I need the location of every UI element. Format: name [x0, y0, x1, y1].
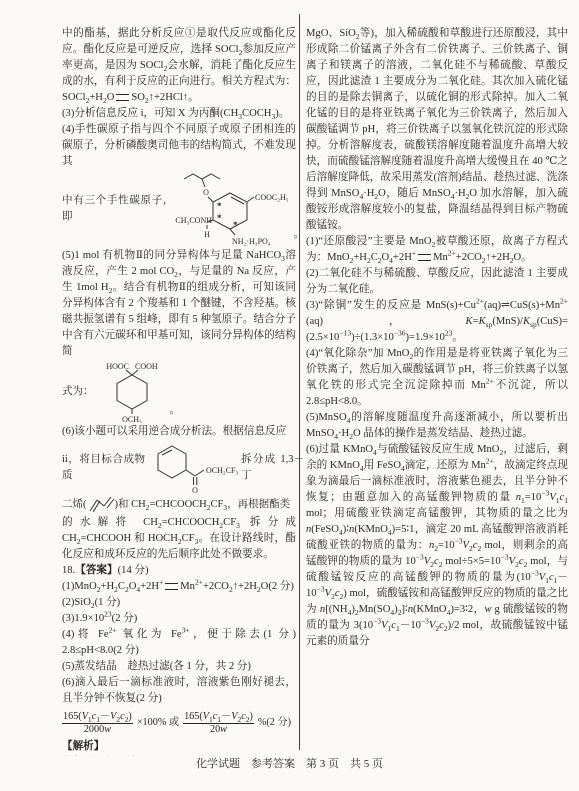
ester-group-label: COOC₂H₅ — [255, 193, 289, 202]
cooh-label: COOH — [135, 362, 158, 371]
page-footer: 化学试题 参考答案 第 3 页 共 5 页 — [0, 755, 579, 771]
analysis-18-6: (6)过量 KMnO4与硫酸锰铵反应生成 MnO2，过滤后，剩余的 KMnO4用… — [306, 442, 568, 650]
butadiene-row: 二烯( )和 CH2=CHCOOCH2CF3，再根据酯类 — [62, 496, 304, 514]
nh-hydrogen-label: H — [204, 230, 210, 239]
target-ester-structure-row: ii，将目标合成物质 O OCH₂CF₃ 拆分成 1,3－丁 — [62, 441, 304, 495]
structure-trail-text: )和 CH2=CHCOOCH2CF3，再根据酯类 — [115, 497, 291, 513]
chiral-star-2: * — [217, 213, 222, 223]
right-column: MgO、SiO2等)，加入稀硫酸和草酸进行还原酸浸，其中形成除二价锰离子外含有二… — [306, 26, 568, 756]
left-column: 中的酯基，据此分析反应①是取代反应或酯化反应。酯化反应是可逆反应，选择 SOCl… — [62, 26, 304, 756]
formula-middle-text: ×100% 或 — [137, 715, 179, 731]
analysis-header: 【解析】 — [62, 739, 296, 755]
methoxy-cyclohexane-diacid-structure: HOOC COOH OCH₃ — [94, 361, 170, 423]
pentyl-zigzag — [184, 174, 220, 179]
structure-lead-text: ii，将目标合成物质 — [62, 452, 145, 484]
fraction-1-numerator: 165(V1c1－V2c2) — [62, 711, 133, 724]
acetamido-label: CH₃CONH — [175, 216, 212, 225]
structure-lead-text: 中有三个手性碳原子，即 — [62, 193, 174, 225]
fraction-2-denominator: 20w — [210, 724, 227, 736]
answer-18-1-equation: (1)MnO2+H2C2O4+2H+Mn2++2CO2↑+2H2O(2 分) — [62, 579, 296, 595]
mass-fraction-formula: 165(V1c1－V2c2) 2000w ×100% 或 165(V1c1－V2… — [62, 709, 304, 737]
analysis-18-3: (3)“除铜”发生的反应是 MnS(s)+Cu2+(aq)⇌CuS(s)+Mn2… — [306, 298, 568, 346]
analysis-18-4: (4)“氧化除杂”加 MnO2的作用是是将亚铁离子氧化为三价铁离子，然后加入碳酸… — [306, 346, 568, 410]
carbonyl-o-label: O — [192, 486, 198, 495]
answer-18-2-sio2: (2)SiO2(1 分) — [62, 595, 296, 611]
ring-double-bond — [231, 197, 244, 204]
oseltamivir-structure-row: 中有三个手性碳原子，即 O COOC₂H₅ CH₃CONH H NH₂·H₃PO… — [62, 171, 304, 247]
cyclohexene-ring — [158, 446, 186, 478]
amine-phosphate-label: NH₂·H₃PO₄ — [232, 237, 271, 246]
analysis-18-2: (2)二氧化硅不与稀硫酸、草酸反应，因此滤渣 1 主要成分为二氧化硅。 — [306, 266, 568, 298]
structure-trail-text: 拆分成 1,3－丁 — [241, 452, 304, 484]
fraction-1-denominator: 2000w — [84, 724, 111, 736]
cyclohexene-ester-structure: O OCH₂CF₃ — [145, 441, 241, 495]
answer-item-3-acetone: (3)分析信息反应 i，可知 X 为丙酮(CH3COCH3)。 — [62, 106, 296, 122]
oseltamivir-structure: O COOC₂H₅ CH₃CONH H NH₂·H₃PO₄ * * * — [174, 171, 294, 247]
para-chiral-carbon: (4)手性碳原子指与四个不同原子或原子团相连的碳原子，分析磷酸奥司他韦的结构简式… — [62, 122, 296, 170]
exam-answer-page: { "left": { "p1": "中的酯基，据此分析反应①是取代反应或酯化反… — [0, 0, 579, 791]
fraction-1: 165(V1c1－V2c2) 2000w — [62, 711, 133, 736]
answer-18-3-k-value: (3)1.9×1023(2 分) — [62, 611, 296, 627]
formula-tail-text: %(2 分) — [258, 715, 291, 731]
sentence-period: 。 — [294, 227, 305, 243]
answer-18-5-operations: (5)蒸发结晶 趁热过滤(各 1 分，共 2 分) — [62, 659, 296, 675]
chiral-star-1: * — [217, 201, 222, 211]
diacid-structure-row: 式为： HOOC COOH OCH₃ 。 — [62, 361, 304, 423]
para-esterification-analysis: 中的酯基，据此分析反应①是取代反应或酯化反应。酯化反应是可逆反应，选择 SOCl… — [62, 26, 296, 106]
answer-item-5-isomer: (5)1 mol 有机物Ⅱ的同分异构体与足量 NaHCO3溶液反应，产生 2 m… — [62, 248, 296, 360]
structure-lead-text: 二烯( — [62, 497, 87, 513]
cyclohexene-ring — [213, 193, 247, 229]
question-18-answer-header: 18.【答案】(14 分) — [62, 563, 296, 579]
fraction-2-numerator: 165(V1c1－V2c2) — [183, 711, 254, 724]
answer-18-4-ph-range: (4)将 Fe2+ 氧化为 Fe3+，便于除去(1 分) 2.8≤pH<8.0(… — [62, 627, 296, 659]
structure-lead-text: 式为： — [62, 384, 94, 400]
para-leaching-analysis: MgO、SiO2等)，加入稀硫酸和草酸进行还原酸浸，其中形成除二价锰离子外含有二… — [306, 26, 568, 234]
para-hydrolysis-split: 的水解将 CH2=CHCOOCH2CF3 拆分成 CH2=CHCOOH 和 HO… — [62, 515, 296, 563]
analysis-18-5: (5)MnSO4的溶解度随温度升高逐渐减小，所以要析出 MnSO4·H2O 晶体… — [306, 410, 568, 442]
answer-18-6-endpoint: (6)滴入最后一滴标准液时，溶液紫色刚好褪去，且半分钟不恢复(2 分) — [62, 675, 296, 707]
chiral-star-3: * — [233, 220, 238, 230]
ether-o-label: O — [203, 188, 209, 197]
trifluoroethyl-ester-label: OCH₂CF₃ — [206, 466, 238, 475]
butadiene-structure — [87, 496, 115, 514]
analysis-18-1: (1)“还原酸浸”主要是 MnO2被草酸还原，故离子方程式为：MnO2+H2C2… — [306, 234, 568, 266]
answer-item-6-retrosynthesis: (6)该小题可以采用逆合成分析法。根据信息反应 — [62, 424, 296, 440]
och3-label: OCH₃ — [122, 415, 142, 423]
fraction-2: 165(V1c1－V2c2) 20w — [183, 711, 254, 736]
footer-text: 化学试题 参考答案 第 3 页 共 5 页 — [196, 758, 383, 770]
diene-double-bond — [93, 501, 100, 512]
hooc-label: HOOC — [106, 362, 129, 371]
cyclohexane-ring — [117, 375, 147, 409]
sentence-period: 。 — [170, 403, 181, 419]
